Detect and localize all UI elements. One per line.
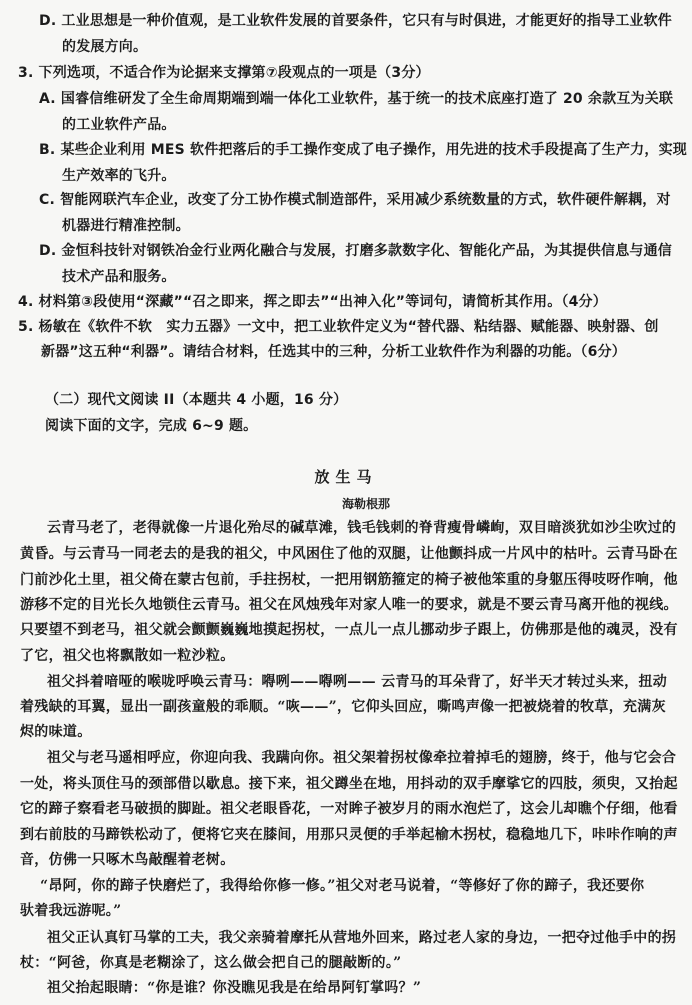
q3-option-d-line1: D. 金恒科技针对钢铁冶金行业两化融合与发展，打磨多款数字化、智能化产品，为其提… — [39, 241, 672, 261]
article-line: 游移不定的目光长久地锁住云青马。祖父在风烛残年对家人唯一的要求，就是不要云青马离… — [20, 595, 678, 615]
q2-option-d-line1: D. 工业思想是一种价值观，是工业软件发展的首要条件，它只有与时俱进，才能更好的… — [39, 11, 672, 31]
exam-page: D. 工业思想是一种价值观，是工业软件发展的首要条件，它只有与时俱进，才能更好的… — [0, 0, 692, 1005]
section2-instruction: 阅读下面的文字，完成 6~9 题。 — [45, 416, 257, 436]
article-line: 着残缺的耳翼，显出一副孩童般的乖顺。“咴——”，它仰头回应，嘶鸣声像一把被烧着的… — [20, 697, 666, 717]
q5-line2: 新器”这五种“利器”。请结合材料，任选其中的三种，分析工业软件作为利器的功能。（… — [41, 342, 626, 362]
article-line: 它的蹄子察看老马破损的脚趾。祖父老眼昏花，一对眸子被岁月的雨水泡烂了，这会儿却瞧… — [20, 799, 678, 819]
article-line: 驮着我远游呢。” — [20, 901, 121, 921]
q3-stem: 3. 下列选项，不适合作为论据来支撑第⑦段观点的一项是（3分） — [18, 63, 430, 83]
article-line: 烬的味道。 — [20, 722, 92, 742]
article-line: 一处，将头顶住马的颈部借以歇息。接下来，祖父蹲坐在地，用抖动的双手摩挲它的四肢，… — [20, 774, 678, 794]
article-line: 云青马老了，老得就像一片退化殆尽的碱草滩，钱毛钱刺的脊背瘦骨嶙峋，双目暗淡犹如沙… — [47, 518, 676, 538]
q3-option-c-line2: 机器进行精准控制。 — [62, 216, 190, 236]
article-line: 音，仿佛一只啄木鸟敲醒着老树。 — [20, 850, 235, 870]
article-line: 祖父正认真钉马掌的工夫，我父亲骑着摩托从营地外回来，路过老人家的身边，一把夺过他… — [47, 928, 676, 948]
article-line: 祖父与老马遥相呼应，你迎向我、我蹒向你。祖父架着拐杖像牵拉着掉毛的翅膀，终于，他… — [47, 748, 676, 768]
q2-option-d-line2: 的发展方向。 — [62, 37, 147, 57]
article-author: 海勒根那 — [0, 495, 692, 512]
article-line: 到右前肢的马蹄铁松动了，便将它夹在膝间，用那只灵便的手举起榆木拐杖，稳稳地几下，… — [20, 825, 678, 845]
q3-option-b-line1: B. 某些企业利用 MES 软件把落后的手工操作变成了电子操作，用先进的技术手段… — [39, 140, 687, 160]
article-line: 祖父抖着喑哑的喉咙呼唤云青马：嘚咧——嘚咧—— 云青马的耳朵背了，好半天才转过头… — [47, 672, 667, 692]
q3-option-a-line2: 的工业软件产品。 — [62, 115, 176, 135]
article-line: 杖：“阿爸，你真是老糊涂了，这么做会把自己的腿敲断的。” — [20, 953, 402, 973]
article-line: 黄昏。与云青马一同老去的是我的祖父，中风困住了他的双腿，让他颤抖成一片风中的枯叶… — [20, 544, 678, 564]
article-line: 只要望不到老马，祖父就会颤颤巍巍地摸起拐杖，一点儿一点儿挪动步子跟上，仿佛那是他… — [20, 620, 678, 640]
article-line: “昂阿，你的蹄子快磨烂了，我得给你修一修。”祖父对老马说着，“等修好了你的蹄子，… — [40, 876, 644, 896]
q3-option-b-line2: 生产效率的飞升。 — [62, 166, 176, 186]
q4-stem: 4. 材料第③段使用“深藏”“召之即来，挥之即去”“出神入化”等词句，请简析其作… — [18, 292, 607, 312]
article-line: 祖父抬起眼睛：“你是谁？你没瞧见我是在给昂阿钉掌吗？” — [47, 978, 421, 998]
article-line: 门前沙化土里，祖父倚在蒙古包前，手拄拐杖，一把用钢筋箍定的椅子被他笨重的身躯压得… — [20, 570, 678, 590]
article-title: 放生马 — [0, 466, 692, 487]
q3-option-a-line1: A. 国睿信维研发了全生命周期端到端一体化工业软件，基于统一的技术底座打造了 2… — [39, 89, 673, 109]
article-line: 了它，祖父也将飘散如一粒沙粒。 — [20, 646, 235, 666]
q3-option-d-line2: 技术产品和服务。 — [62, 267, 176, 287]
section2-heading: （二）现代文阅读 II（本题共 4 小题，16 分） — [45, 390, 347, 410]
q3-option-c-line1: C. 智能网联汽车企业，改变了分工协作模式制造部件，采用减少系统数量的方式，软件… — [39, 190, 671, 210]
q5-line1: 5. 杨敏在《软件不软 实力五器》一文中，把工业软件定义为“替代器、粘结器、赋能… — [18, 317, 659, 337]
